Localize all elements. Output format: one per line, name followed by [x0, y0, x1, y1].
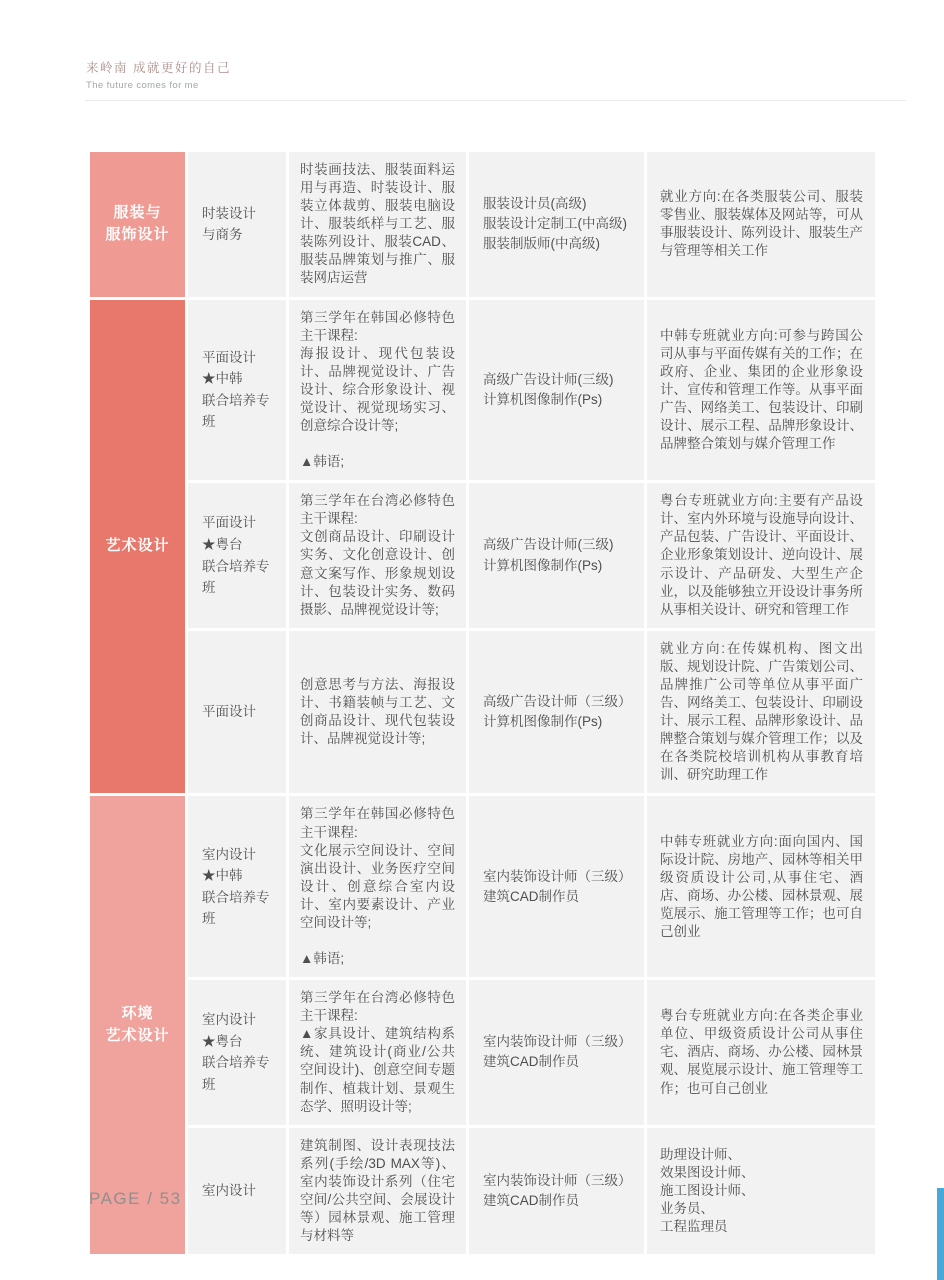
- certificates-cell: 室内装饰设计师（三级） 建筑CAD制作员: [469, 980, 644, 1125]
- courses-cell: 建筑制图、设计表现技法系列(手绘/3D MAX等)、室内装饰设计系列（住宅空间/…: [289, 1128, 466, 1254]
- certificates-cell: 高级广告设计师（三级） 计算机图像制作(Ps): [469, 631, 644, 794]
- courses-cell: 时装画技法、服装面料运用与再造、时装设计、服装立体裁剪、服装电脑设计、服装纸样与…: [289, 152, 466, 297]
- slogan-chinese: 来岭南 成就更好的自己: [86, 58, 231, 76]
- program-cell: 室内设计 ★粤台 联合培养专班: [188, 980, 286, 1125]
- program-table: 服装与 服饰设计 时装设计 与商务 时装画技法、服装面料运用与再造、时装设计、服…: [90, 152, 875, 1254]
- certificates-cell: 室内装饰设计师（三级） 建筑CAD制作员: [469, 796, 644, 977]
- employment-cell: 粤台专班就业方向:主要有产品设计、室内外环境与设施导向设计、产品包装、广告设计、…: [647, 483, 875, 628]
- employment-cell: 中韩专班就业方向:可参与跨国公司从事与平面传媒有关的工作；在政府、企业、集团的企…: [647, 300, 875, 481]
- table-group-art: 艺术设计 平面设计 ★中韩 联合培养专班 第三学年在韩国必修特色主干课程: 海报…: [90, 300, 875, 794]
- program-cell: 平面设计 ★粤台 联合培养专班: [188, 483, 286, 628]
- employment-cell: 就业方向:在各类服装公司、服装零售业、服装媒体及网站等，可从事服装设计、陈列设计…: [647, 152, 875, 297]
- program-cell: 室内设计 ★中韩 联合培养专班: [188, 796, 286, 977]
- table-row: 平面设计 ★粤台 联合培养专班 第三学年在台湾必修特色主干课程: 文创商品设计、…: [188, 483, 875, 628]
- certificates-cell: 高级广告设计师(三级) 计算机图像制作(Ps): [469, 300, 644, 481]
- employment-cell: 助理设计师、 效果图设计师、 施工图设计师、 业务员、 工程监理员: [647, 1128, 875, 1254]
- employment-cell: 就业方向:在传媒机构、图文出版、规划设计院、广告策划公司、品牌推广公司等单位从事…: [647, 631, 875, 794]
- table-row: 平面设计 创意思考与方法、海报设计、书籍装帧与工艺、文创商品设计、现代包装设计、…: [188, 631, 875, 794]
- courses-cell: 第三学年在韩国必修特色主干课程: 海报设计、现代包装设计、品牌视觉设计、广告设计…: [289, 300, 466, 481]
- table-row: 时装设计 与商务 时装画技法、服装面料运用与再造、时装设计、服装立体裁剪、服装电…: [188, 152, 875, 297]
- table-row: 平面设计 ★中韩 联合培养专班 第三学年在韩国必修特色主干课程: 海报设计、现代…: [188, 300, 875, 481]
- courses-cell: 第三学年在台湾必修特色主干课程: ▲家具设计、建筑结构系统、建筑设计(商业/公共…: [289, 980, 466, 1125]
- accent-bar: [937, 1188, 944, 1280]
- slogan-english: The future comes for me: [86, 80, 231, 91]
- table-group-environment: 环境 艺术设计 室内设计 ★中韩 联合培养专班 第三学年在韩国必修特色主干课程:…: [90, 796, 875, 1254]
- courses-cell: 第三学年在韩国必修特色主干课程: 文化展示空间设计、空间演出设计、业务医疗空间设…: [289, 796, 466, 977]
- employment-cell: 粤台专班就业方向:在各类企事业单位、甲级资质设计公司从事住宅、酒店、商场、办公楼…: [647, 980, 875, 1125]
- header-divider: [85, 100, 906, 101]
- category-cell: 服装与 服饰设计: [90, 152, 185, 297]
- certificates-cell: 高级广告设计师(三级) 计算机图像制作(Ps): [469, 483, 644, 628]
- category-cell: 艺术设计: [90, 300, 185, 794]
- program-cell: 平面设计: [188, 631, 286, 794]
- table-row: 室内设计 ★中韩 联合培养专班 第三学年在韩国必修特色主干课程: 文化展示空间设…: [188, 796, 875, 977]
- courses-cell: 第三学年在台湾必修特色主干课程: 文创商品设计、印刷设计实务、文化创意设计、创意…: [289, 483, 466, 628]
- certificates-cell: 室内装饰设计师（三级） 建筑CAD制作员: [469, 1128, 644, 1254]
- table-row: 室内设计 ★粤台 联合培养专班 第三学年在台湾必修特色主干课程: ▲家具设计、建…: [188, 980, 875, 1125]
- employment-cell: 中韩专班就业方向:面向国内、国际设计院、房地产、园林等相关甲级资质设计公司,从事…: [647, 796, 875, 977]
- program-cell: 室内设计: [188, 1128, 286, 1254]
- program-cell: 时装设计 与商务: [188, 152, 286, 297]
- table-row: 室内设计 建筑制图、设计表现技法系列(手绘/3D MAX等)、室内装饰设计系列（…: [188, 1128, 875, 1254]
- table-group-fashion: 服装与 服饰设计 时装设计 与商务 时装画技法、服装面料运用与再造、时装设计、服…: [90, 152, 875, 297]
- courses-cell: 创意思考与方法、海报设计、书籍装帧与工艺、文创商品设计、现代包装设计、品牌视觉设…: [289, 631, 466, 794]
- program-cell: 平面设计 ★中韩 联合培养专班: [188, 300, 286, 481]
- certificates-cell: 服装设计员(高级) 服装设计定制工(中高级) 服装制版师(中高级): [469, 152, 644, 297]
- page-header: 来岭南 成就更好的自己 The future comes for me: [86, 58, 231, 91]
- category-cell: 环境 艺术设计: [90, 796, 185, 1254]
- brochure-page: 来岭南 成就更好的自己 The future comes for me 服装与 …: [0, 0, 944, 1280]
- page-number: PAGE / 53: [89, 1189, 182, 1209]
